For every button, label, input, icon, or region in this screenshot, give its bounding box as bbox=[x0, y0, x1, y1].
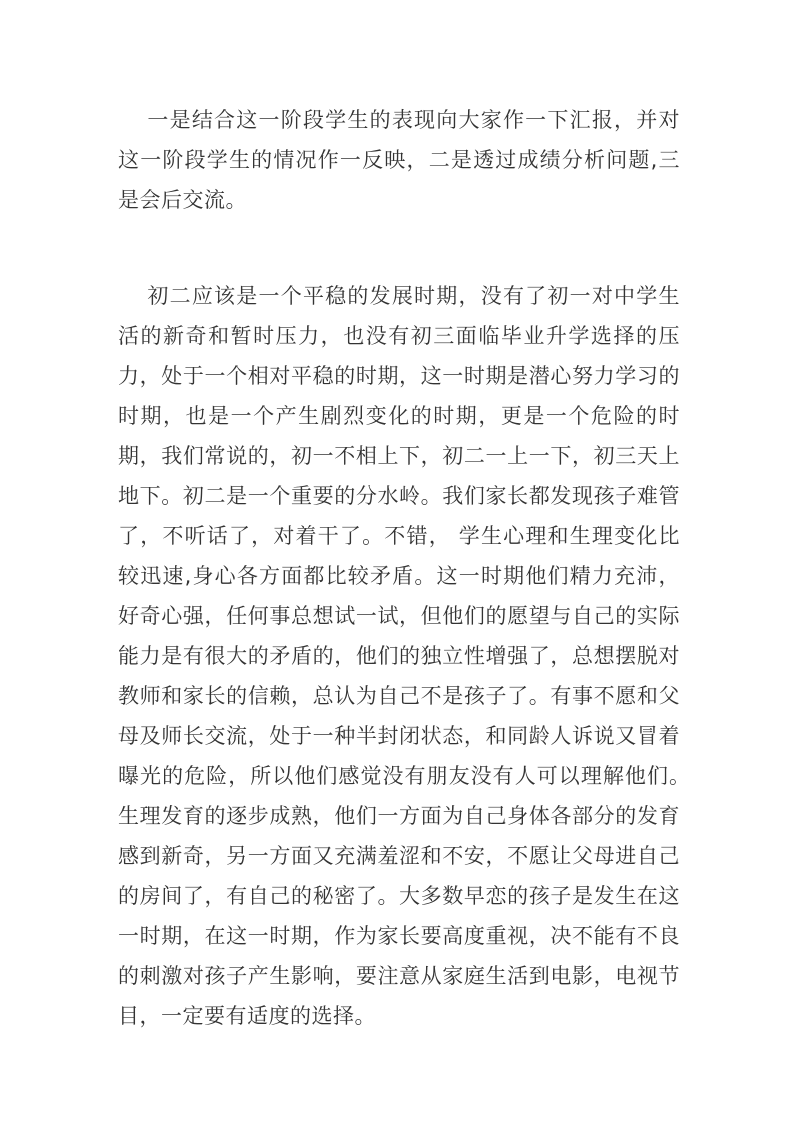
document-page: 一是结合这一阶段学生的表现向大家作一下汇报，并对这一阶段学生的情况作一反映，二是… bbox=[0, 0, 793, 1122]
paragraph-summary-intro: 一是结合这一阶段学生的表现向大家作一下汇报，并对这一阶段学生的情况作一反映，二是… bbox=[118, 100, 680, 220]
paragraph-grade8-analysis: 初二应该是一个平稳的发展时期，没有了初一对中学生活的新奇和暂时压力，也没有初三面… bbox=[118, 276, 680, 1036]
